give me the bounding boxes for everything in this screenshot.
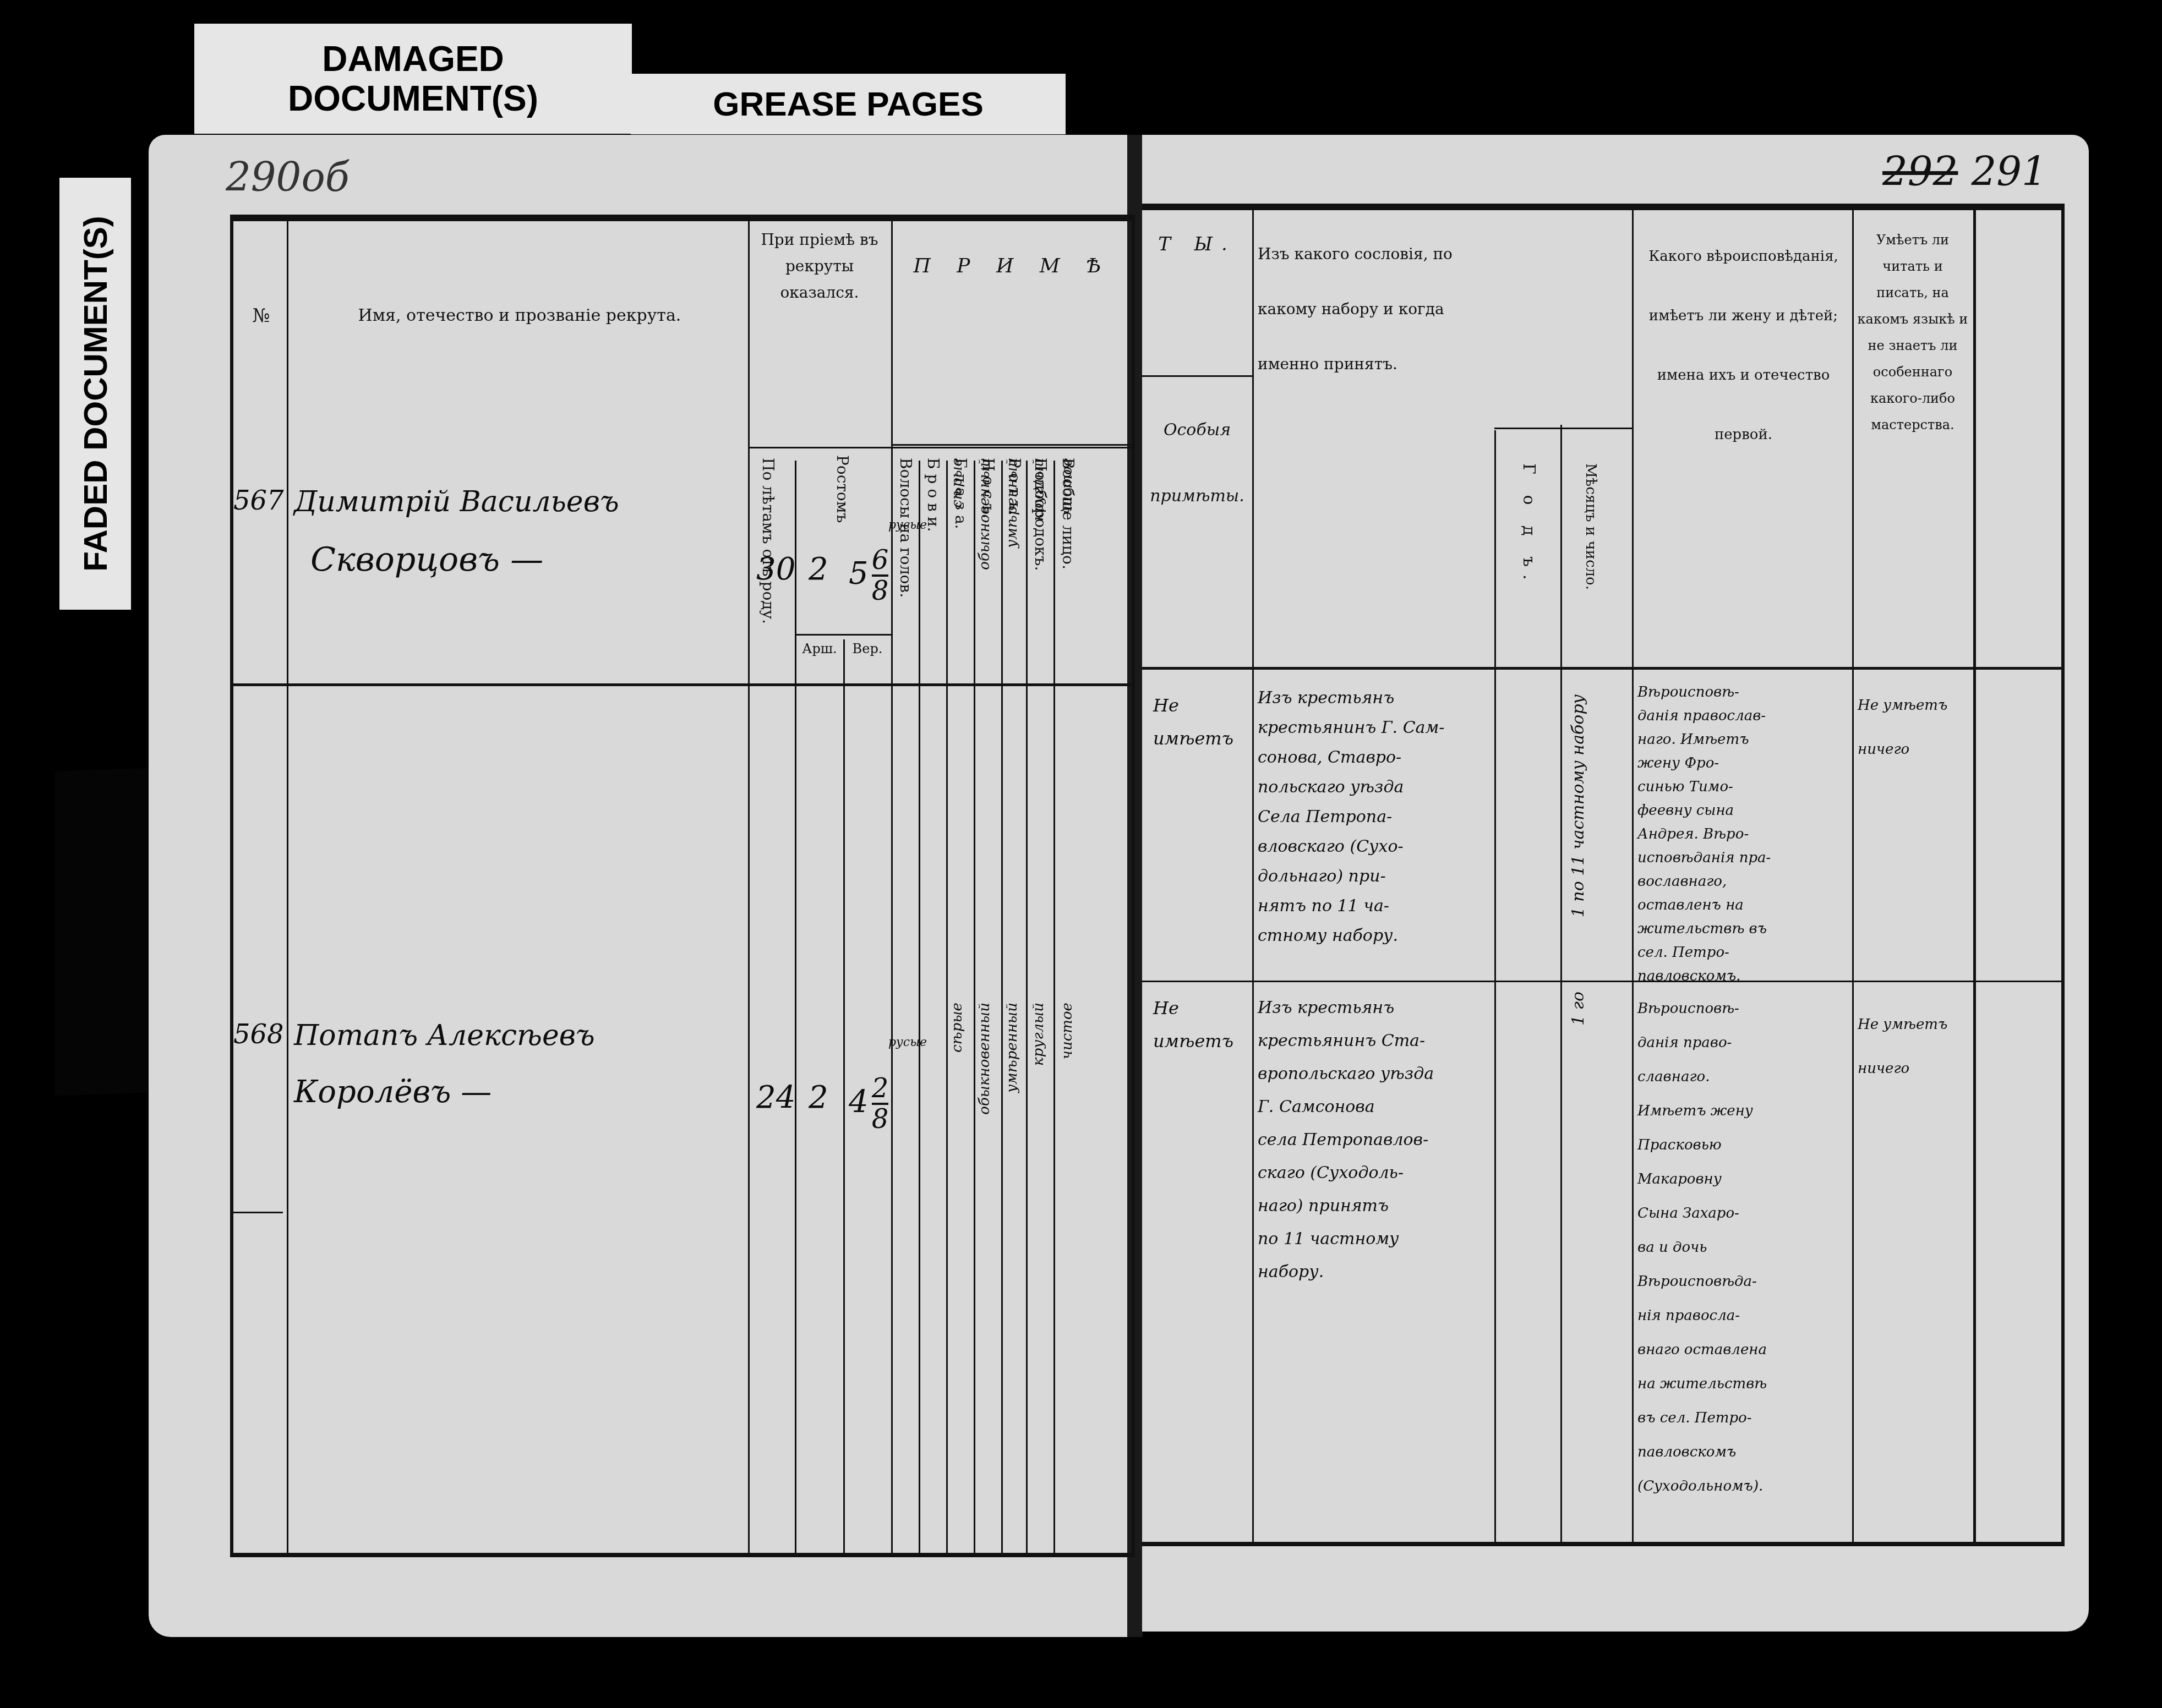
vershok-denominator: 8 (872, 1105, 889, 1134)
vershok-numerator: 6 (872, 546, 889, 577)
header-at-intake: При пріемѣ въ рекруты оказался. (751, 227, 888, 306)
recruit-mouth: умѣренный (1004, 458, 1020, 548)
recruit-name-line2: Королёвъ — (294, 1074, 492, 1110)
vershok-whole: 4 (849, 1084, 869, 1120)
folio-number-right: 292291 (1882, 149, 2047, 195)
header-height: Ростомъ (833, 455, 851, 523)
estate-and-levy: Изъ крестьянъ крестьянинъ Ста- вропольск… (1258, 992, 1489, 1289)
recruit-register-table-left: № Имя, отечество и прозваніе рекрута. Пр… (230, 215, 1135, 1557)
recruit-hair: русые (888, 1036, 927, 1049)
damaged-documents-label: DAMAGED DOCUMENT(S) (194, 24, 632, 134)
header-signs-group-end: Т Ы. (1145, 232, 1249, 256)
header-literacy: Умѣетъ ли читать и писать, на какомъ язы… (1855, 227, 1970, 438)
recruit-height-vershok: 428 (849, 1074, 888, 1134)
special-marks: Не имѣетъ (1153, 992, 1252, 1058)
header-special-marks: Особыя примѣты. (1145, 397, 1249, 529)
header-religion: Какого вѣроисповѣданія, имѣетъ ли жену и… (1637, 227, 1849, 464)
special-marks: Не имѣетъ (1153, 689, 1252, 755)
row-number: 567 (233, 485, 284, 516)
vershok-numerator: 2 (872, 1074, 889, 1105)
recruit-hair: русые (888, 518, 927, 532)
recruit-eyes: сѣрые (949, 1003, 965, 1053)
recruit-face: чистое (1059, 458, 1075, 514)
recruit-nose: обыкновенный (976, 458, 993, 570)
religion-family: Вѣроисповѣ- данія право- славнаго. Имѣет… (1637, 992, 1852, 1503)
faded-documents-label: FADED DOCUMENT(S) (59, 178, 131, 610)
damaged-label-line1: DAMAGED (322, 39, 504, 79)
grease-pages-label: GREASE PAGES (631, 74, 1066, 134)
folio-number-left: 290об (226, 154, 350, 200)
header-number: № (238, 304, 285, 328)
vershok-denominator: 8 (872, 577, 889, 605)
recruit-height-vershok: 568 (849, 546, 888, 605)
faded-label-text: FADED DOCUMENT(S) (77, 216, 114, 572)
literacy: Не умѣетъ ничего (1858, 1003, 1970, 1091)
recruit-nose: обыкновенный (976, 1003, 993, 1115)
header-recruit-name: Имя, отечество и прозваніе рекрута. (294, 304, 745, 328)
recruit-mouth: умѣренный (1004, 1003, 1020, 1093)
recruit-name-line2: Скворцовъ — (310, 540, 543, 579)
recruit-eyes: сѣрые (949, 458, 965, 508)
estate-and-levy: Изъ крестьянъ крестьянинъ Г. Сам- сонова… (1258, 683, 1489, 951)
recruit-height-arshin: 2 (809, 1080, 828, 1115)
recruit-face: чистое (1059, 1003, 1075, 1059)
header-month-day: Мѣсяцъ и число. (1582, 463, 1599, 590)
vershok-whole: 5 (849, 556, 869, 592)
recruit-register-table-right: Т Ы. Особыя примѣты. Изъ какого сословія… (1142, 204, 2065, 1546)
recruit-age: 30 (756, 551, 795, 587)
recruit-chin: круглый (1030, 1003, 1047, 1066)
year-month: 1 го (1569, 992, 1588, 1026)
header-estate: Изъ какого сословія, по какому набору и … (1258, 227, 1489, 392)
row-number: 568 (233, 1019, 284, 1050)
folio-struck-number: 292 (1882, 149, 1958, 195)
recruit-name-line1: Потапъ Алексѣевъ (294, 1019, 595, 1052)
religion-family: Вѣроисповѣ- данія православ- наго. Имѣет… (1637, 681, 1852, 988)
recruit-chin: круглый (1030, 458, 1047, 521)
recruit-age: 24 (756, 1080, 795, 1115)
year-month: 1 по 11 частному набору (1569, 694, 1588, 917)
literacy: Не умѣетъ ничего (1858, 683, 1970, 771)
header-vershok: Вер. (845, 637, 889, 661)
header-arshin: Арш. (798, 637, 842, 661)
header-signs-group: П Р И М Ѣ (894, 254, 1131, 278)
damaged-label-line2: DOCUMENT(S) (288, 79, 538, 118)
header-year: Г о д ъ. (1519, 463, 1538, 588)
recruit-height-arshin: 2 (809, 551, 828, 587)
recruit-name-line1: Димитрій Васильевъ (294, 485, 619, 518)
folio-corrected-number: 291 (1971, 149, 2046, 195)
